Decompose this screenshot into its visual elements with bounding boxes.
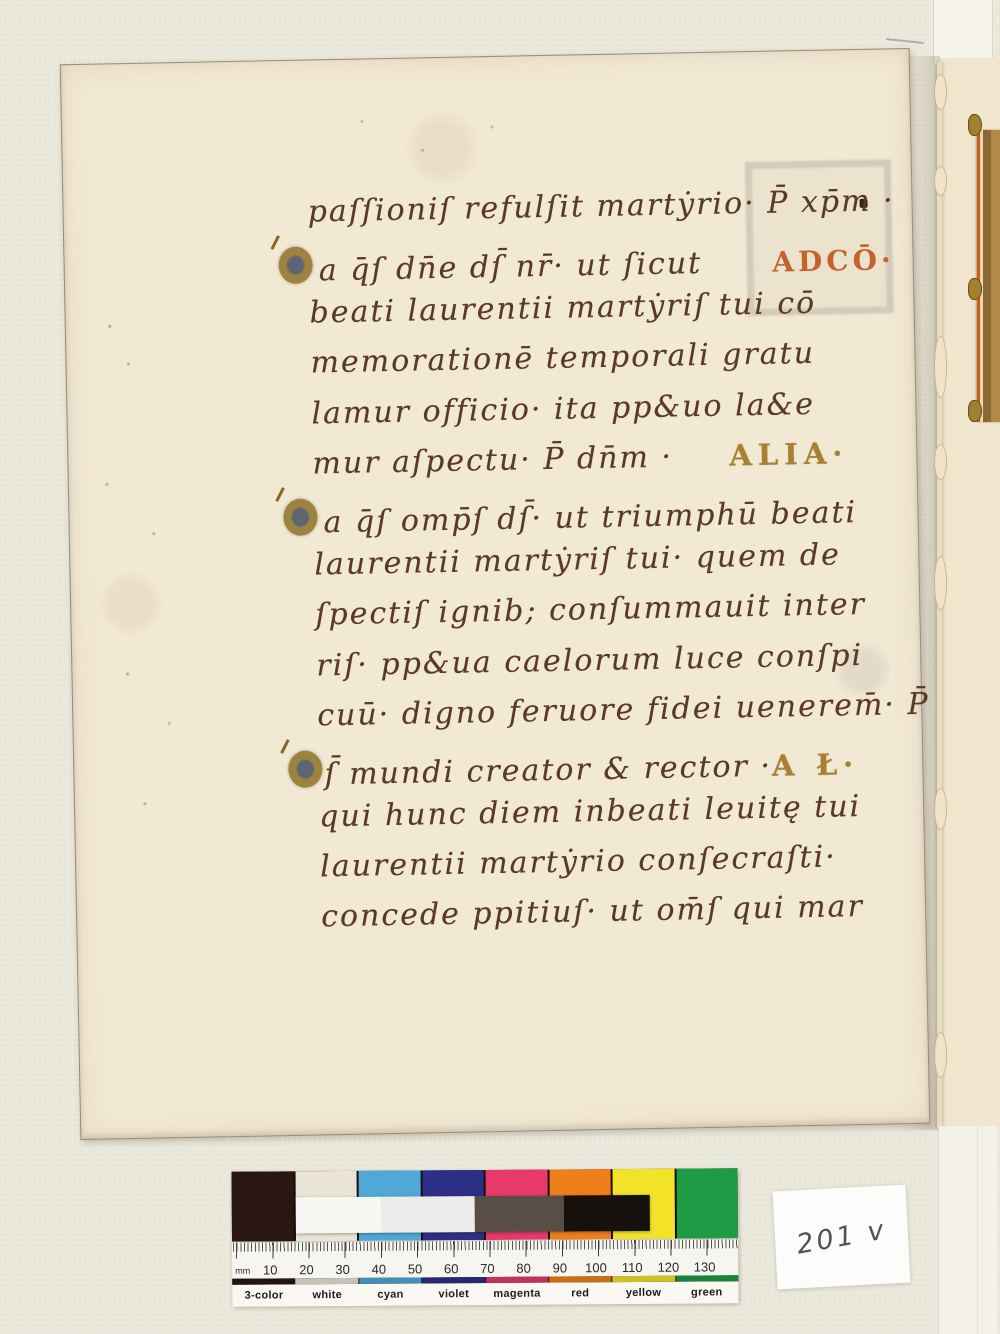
- text-line: concede ppitiuſ· ut om̄ſ qui mar: [321, 889, 914, 951]
- patch-label: cyan: [359, 1288, 422, 1300]
- patch-label: green: [675, 1286, 738, 1298]
- sewing-thread: [934, 166, 947, 196]
- line-text: paſſioniſ refulſit martẏrio· P̄ xp̄m ·: [307, 183, 895, 229]
- ruler-number: 30: [325, 1262, 361, 1277]
- patch-green: [676, 1168, 738, 1238]
- gray-step-dark: [475, 1195, 564, 1232]
- gold-caps: A Ł·: [772, 747, 860, 783]
- sewing-thread: [934, 556, 947, 610]
- parchment-page: paſſioniſ refulſit martẏrio· P̄ xp̄m · D…: [60, 48, 930, 1140]
- patch-label: red: [549, 1287, 612, 1299]
- illuminated-initial: D: [276, 245, 315, 288]
- patch-label: yellow: [612, 1287, 675, 1299]
- ruler-number: 100: [578, 1260, 614, 1275]
- gray-step-white: [296, 1197, 382, 1234]
- sewing-thread: [934, 1032, 947, 1078]
- ruler-number: 40: [361, 1262, 397, 1277]
- sewing-thread: [934, 74, 947, 110]
- mm-ruler: mm 10 20 30 40 50 60 70 80 90 100 110 12…: [232, 1238, 738, 1279]
- color-calibration-bar: mm 10 20 30 40 50 60 70 80 90 100 110 12…: [232, 1168, 739, 1306]
- rubric-caps: ADCŌ·: [772, 244, 895, 279]
- folio-label-slip: 201 v: [773, 1185, 911, 1290]
- ruler-number: 20: [288, 1262, 324, 1277]
- border-ornament: [968, 114, 982, 136]
- facing-page-illuminated-border: [977, 130, 1000, 422]
- sewing-thread: [934, 444, 947, 480]
- tissue-crease: [977, 1126, 978, 1334]
- ruler-number: 130: [687, 1259, 723, 1274]
- gray-scale-strip: [296, 1195, 650, 1233]
- ruler-number: 10: [252, 1262, 288, 1277]
- ruler-number: 70: [469, 1261, 505, 1276]
- sewing-thread: [934, 336, 947, 398]
- interleaf-tissue-bottom: [938, 1126, 997, 1334]
- folio-number: 201 v: [794, 1214, 889, 1260]
- patch-label: 3-color: [232, 1289, 295, 1301]
- manuscript-photo: paſſioniſ refulſit martẏrio· P̄ xp̄m · D…: [0, 0, 1000, 1334]
- gold-caps: ALIA·: [729, 436, 849, 472]
- text-block: paſſioniſ refulſit martẏrio· P̄ xp̄m · D…: [307, 183, 913, 950]
- illuminated-initial: D: [281, 497, 320, 540]
- line-text: a q̄ſ dn̄e dſ̄ nr̄· ut ſicut: [318, 246, 702, 288]
- interleaf-tissue-top: [933, 0, 993, 64]
- patch-label: white: [296, 1289, 359, 1301]
- line-text: mur aſpectu· P̄ dn̄m ·: [312, 440, 673, 482]
- patch-label: magenta: [485, 1288, 548, 1300]
- gray-step-light: [382, 1196, 475, 1233]
- ruler-number: 80: [506, 1261, 542, 1276]
- sewing-thread: [934, 788, 947, 830]
- illuminated-initial: D: [286, 749, 321, 792]
- line-text: a q̄ſ omp̄ſ dſ̄· ut triumphū beati: [323, 495, 857, 540]
- ruler-number: 50: [397, 1261, 433, 1276]
- patch-3-color: [232, 1171, 294, 1241]
- patch-label: violet: [422, 1288, 485, 1300]
- line-text: ſ̄ mundi creator & rector ·: [324, 749, 772, 793]
- border-ornament: [968, 400, 982, 422]
- ruler-unit: mm: [235, 1266, 250, 1276]
- ruler-number: 90: [542, 1260, 578, 1275]
- patch-labels: 3-color white cyan violet magenta red ye…: [232, 1281, 738, 1307]
- ruler-number: 110: [614, 1260, 650, 1275]
- gray-step-black: [564, 1195, 650, 1232]
- border-ornament: [968, 278, 982, 300]
- ruler-number: 60: [433, 1261, 469, 1276]
- ruler-number: 120: [650, 1260, 686, 1275]
- pencil-mark: [886, 38, 924, 44]
